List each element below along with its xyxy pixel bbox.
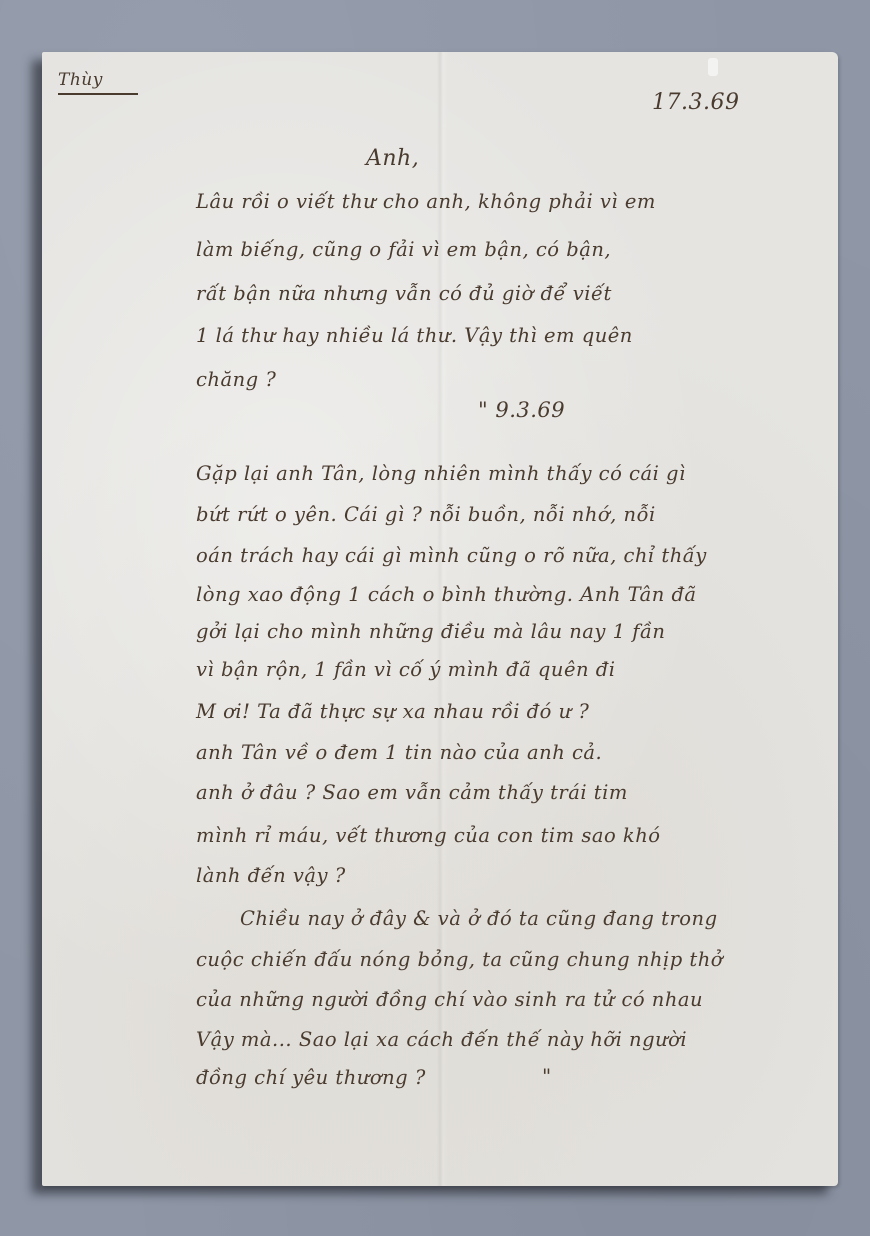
letter-paper — [42, 52, 838, 1186]
paragraph2-line: oán trách hay cái gì mình cũng o rõ nữa,… — [196, 546, 707, 566]
paragraph2-line: vì bận rộn, 1 fần vì cố ý mình đã quên đ… — [196, 660, 616, 680]
paragraph1-line: rất bận nữa nhưng vẫn có đủ giờ để viết — [196, 284, 612, 304]
paragraph3-line: cuộc chiến đấu nóng bỏng, ta cũng chung … — [196, 950, 723, 970]
paragraph1-line: làm biếng, cũng o fải vì em bận, có bận, — [196, 240, 611, 260]
paragraph2-line: anh Tân về o đem 1 tin nào của anh cả. — [196, 743, 602, 763]
closing-quote-mark: " — [542, 1064, 552, 1088]
paragraph2-line: bứt rứt o yên. Cái gì ? nỗi buồn, nỗi nh… — [196, 505, 656, 525]
paragraph2-line: mình rỉ máu, vết thương của con tim sao … — [196, 826, 661, 846]
paragraph1-line: 1 lá thư hay nhiều lá thư. Vậy thì em qu… — [196, 326, 633, 346]
corner-name-tag: Thùy — [58, 70, 138, 95]
paragraph3-line: của những người đồng chí vào sinh ra tử … — [196, 990, 703, 1010]
paragraph2-line: gởi lại cho mình những điều mà lâu nay 1… — [196, 622, 665, 642]
quoted-date: " 9.3.69 — [478, 398, 565, 422]
letter-date: 17.3.69 — [652, 90, 739, 115]
paragraph1-line: chăng ? — [196, 370, 276, 390]
letter-greeting: Anh, — [366, 146, 419, 171]
paragraph1-line: Lâu rồi o viết thư cho anh, không phải v… — [196, 192, 656, 212]
paragraph3-line: đồng chí yêu thương ? — [196, 1068, 426, 1088]
paragraph2-line: anh ở đâu ? Sao em vẫn cảm thấy trái tim — [196, 783, 628, 803]
paragraph2-line: Gặp lại anh Tân, lòng nhiên mình thấy có… — [196, 464, 686, 484]
paragraph2-line: lòng xao động 1 cách o bình thường. Anh … — [196, 585, 697, 605]
paragraph2-line: M ơi! Ta đã thực sự xa nhau rồi đó ư ? — [196, 702, 589, 722]
paragraph3-line: Vậy mà... Sao lại xa cách đến thế này hỡ… — [196, 1030, 687, 1050]
paragraph3-line: Chiều nay ở đây & và ở đó ta cũng đang t… — [240, 909, 718, 929]
paragraph2-line: lành đến vậy ? — [196, 866, 346, 886]
paper-tear-mark — [708, 58, 718, 76]
